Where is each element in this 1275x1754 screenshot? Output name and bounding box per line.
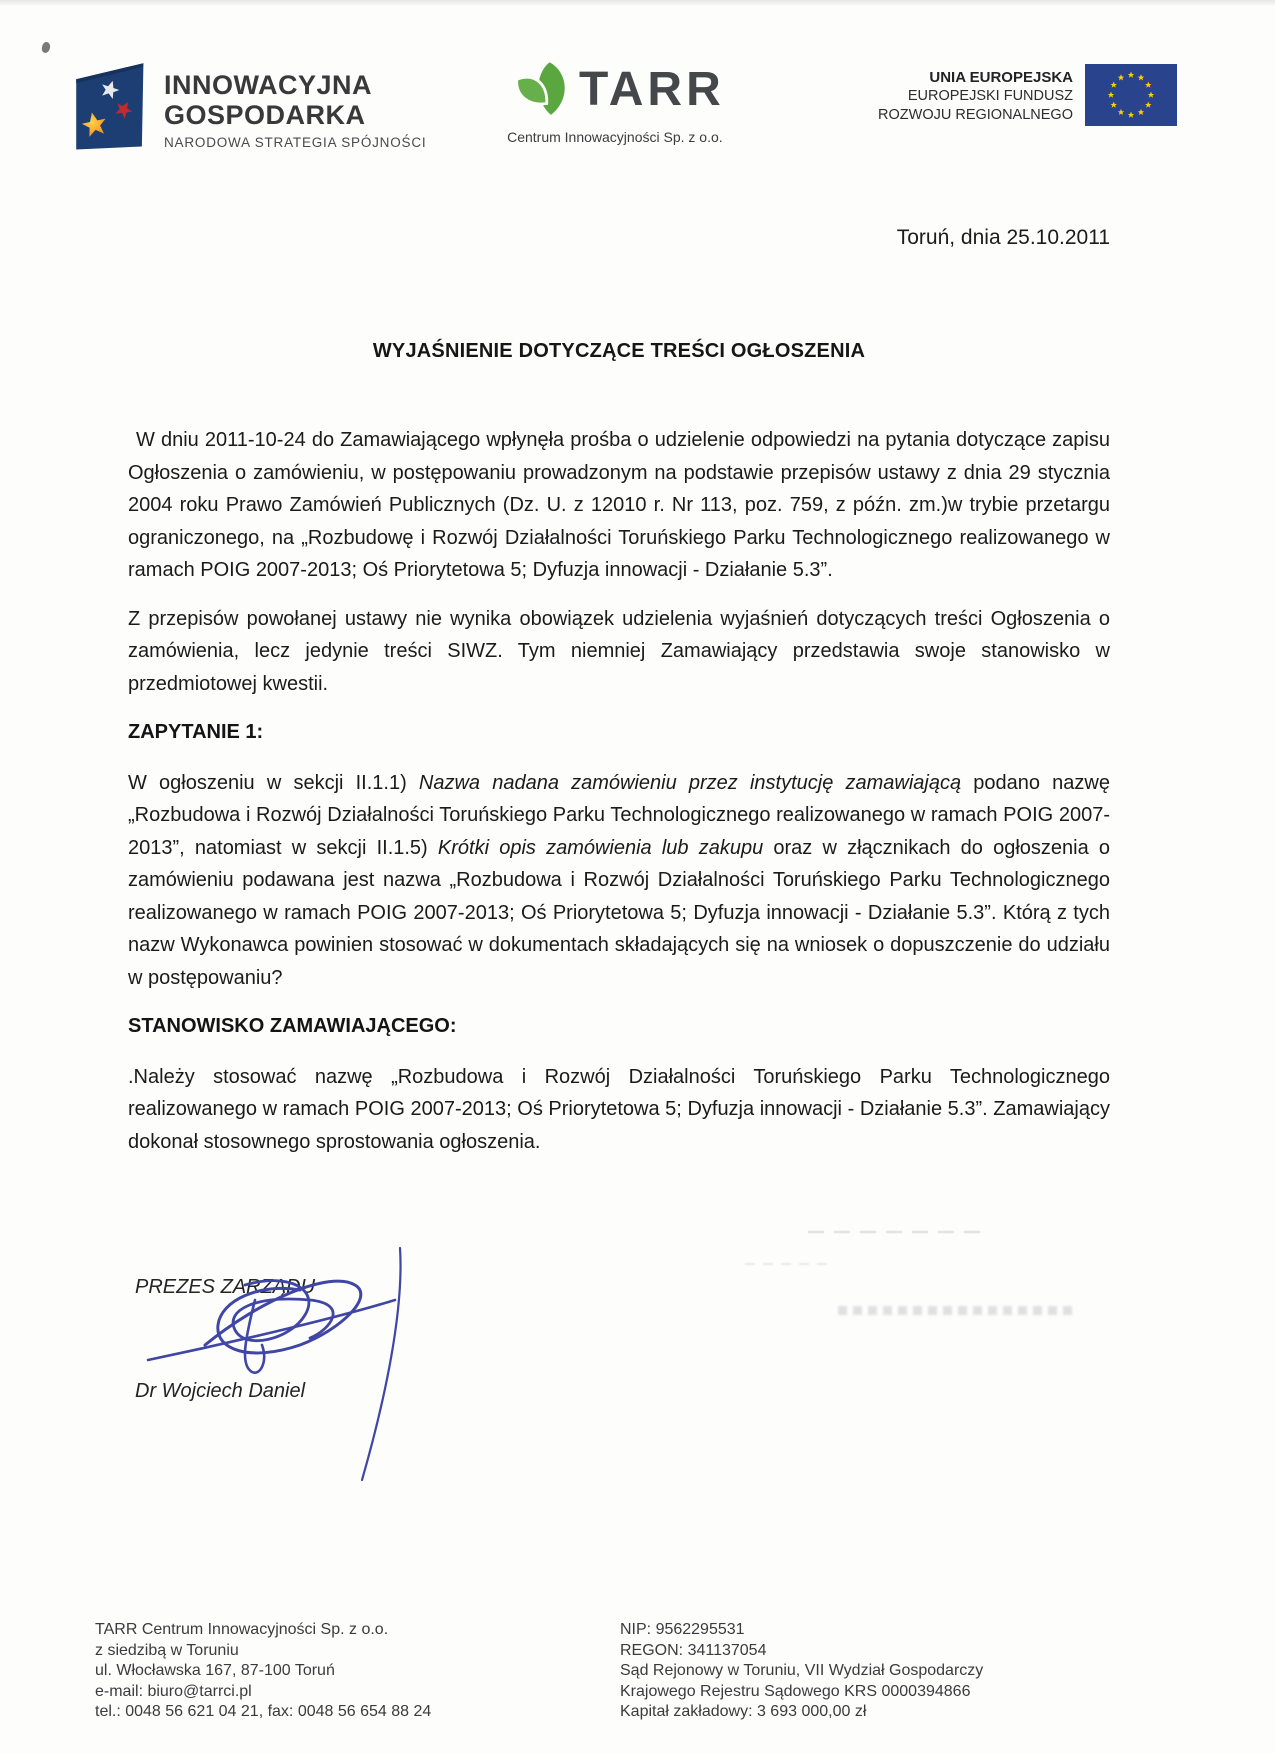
document-body: W dniu 2011-10-24 do Zamawiającego wpłyn…	[128, 424, 1110, 1174]
eu-logo: UNIA EUROPEJSKA EUROPEJSKI FUNDUSZ ROZWO…	[878, 64, 1177, 131]
footer-company-location: z siedzibą w Toruniu	[95, 1641, 620, 1662]
ig-title-line2: GOSPODARKA	[164, 100, 426, 130]
tarr-logo: TARR Centrum Innowacyjności Sp. z o.o.	[505, 58, 725, 145]
eu-fund-line: EUROPEJSKI FUNDUSZ	[878, 87, 1073, 106]
ig-flag-icon	[64, 52, 148, 165]
paragraph-answer: .Należy stosować nazwę „Rozbudowa i Rozw…	[128, 1061, 1110, 1159]
footer-company-name: TARR Centrum Innowacyjności Sp. z o.o.	[95, 1620, 620, 1641]
paragraph-question-1: W ogłoszeniu w sekcji II.1.1) Nazwa nada…	[128, 767, 1110, 995]
footer-regon: REGON: 341137054	[620, 1641, 1120, 1662]
paragraph-legal-note: Z przepisów powołanej ustawy nie wynika …	[128, 603, 1110, 701]
scan-artifact-dashes	[808, 1231, 980, 1233]
footer-company-phone: tel.: 0048 56 621 04 21, fax: 0048 56 65…	[95, 1702, 620, 1723]
eu-title: UNIA EUROPEJSKA	[878, 68, 1073, 87]
paragraph-intro: W dniu 2011-10-24 do Zamawiającego wpłyn…	[128, 424, 1110, 587]
footer-company-email: e-mail: biuro@tarrci.pl	[95, 1682, 620, 1703]
question-text-3: oraz w złącznikach do ogłoszenia o zamów…	[128, 837, 1110, 989]
footer-court: Sąd Rejonowy w Toruniu, VII Wydział Gosp…	[620, 1661, 1120, 1682]
question-1-heading: ZAPYTANIE 1:	[128, 716, 1110, 749]
footer-capital: Kapitał zakładowy: 3 693 000,00 zł	[620, 1702, 1120, 1723]
date-line: Toruń, dnia 25.10.2011	[897, 226, 1110, 250]
tarr-leaf-icon	[505, 58, 577, 127]
employer-position-heading: STANOWISKO ZAMAWIAJĄCEGO:	[128, 1010, 1110, 1043]
footer-registry-column: NIP: 9562295531 REGON: 341137054 Sąd Rej…	[620, 1620, 1120, 1723]
signature-name: Dr Wojciech Daniel	[135, 1380, 305, 1403]
eu-regional-line: ROZWOJU REGIONALNEGO	[878, 106, 1073, 125]
footer-company-address: ul. Włocławska 167, 87-100 Toruń	[95, 1661, 620, 1682]
footer: TARR Centrum Innowacyjności Sp. z o.o. z…	[95, 1620, 1215, 1723]
ig-subtitle: NARODOWA STRATEGIA SPÓJNOŚCI	[164, 135, 426, 150]
ig-logo-text: INNOWACYJNA GOSPODARKA NARODOWA STRATEGI…	[164, 70, 426, 150]
document-title: WYJAŚNIENIE DOTYCZĄCE TREŚCI OGŁOSZENIA	[128, 340, 1110, 363]
question-italic-1: Nazwa nadana zamówieniu przez instytucję…	[419, 772, 961, 794]
footer-company-column: TARR Centrum Innowacyjności Sp. z o.o. z…	[95, 1620, 620, 1723]
signature-ink	[100, 1225, 440, 1500]
innowacyjna-gospodarka-logo: INNOWACYJNA GOSPODARKA NARODOWA STRATEGI…	[64, 52, 426, 165]
scan-speck	[40, 41, 51, 54]
ig-title-line1: INNOWACYJNA	[164, 70, 426, 100]
scan-artifact-dashes-2	[745, 1263, 831, 1265]
eu-flag-icon	[1085, 64, 1177, 131]
question-italic-2: Krótki opis zamówienia lub zakupu	[438, 837, 763, 859]
scan-artifact-ghost-text	[838, 1306, 1076, 1315]
tarr-subtitle: Centrum Innowacyjności Sp. z o.o.	[505, 129, 725, 145]
footer-krs: Krajowego Rejestru Sądowego KRS 00003948…	[620, 1682, 1120, 1703]
tarr-wordmark: TARR	[579, 58, 725, 122]
scanned-document-page: INNOWACYJNA GOSPODARKA NARODOWA STRATEGI…	[0, 0, 1275, 1754]
eu-logo-text: UNIA EUROPEJSKA EUROPEJSKI FUNDUSZ ROZWO…	[878, 68, 1073, 125]
signature-role: PREZES ZARZĄDU	[135, 1276, 315, 1299]
question-text: W ogłoszeniu w sekcji II.1.1)	[128, 772, 419, 794]
footer-nip: NIP: 9562295531	[620, 1620, 1120, 1641]
